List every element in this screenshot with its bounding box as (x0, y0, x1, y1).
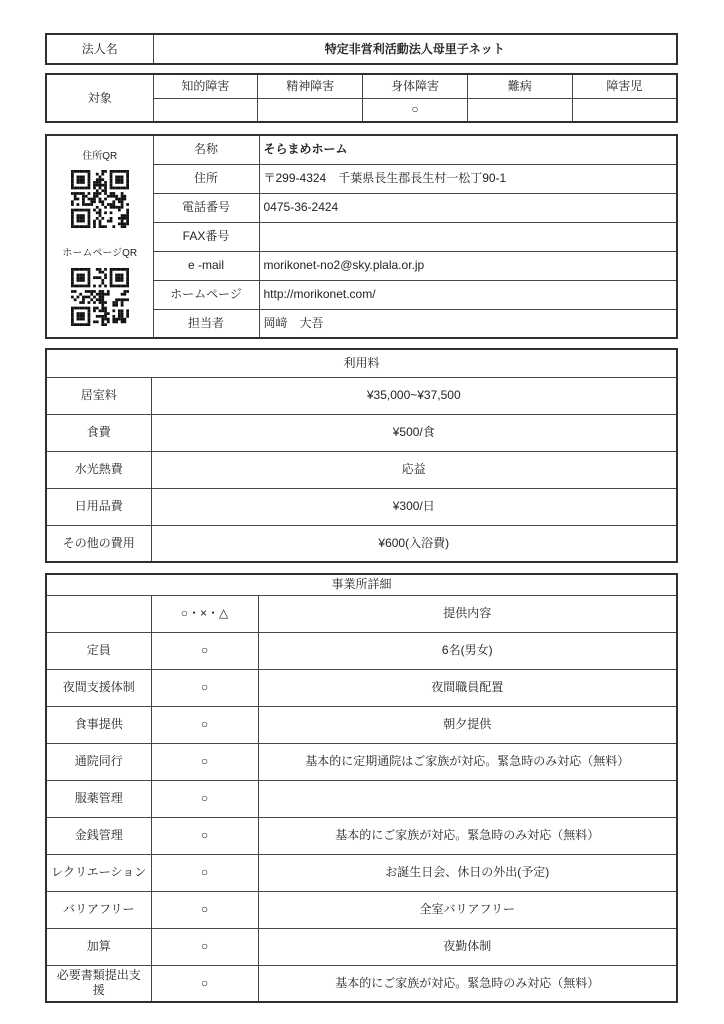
detail-row: 服薬管理○ (46, 780, 677, 817)
target-mark: ○ (363, 98, 468, 122)
target-table: 対象 知的障害精神障害身体障害難病障害児 ○ (45, 73, 678, 123)
fees-title-row: 利用料 (46, 349, 677, 377)
details-mark-header: ○・×・△ (151, 595, 258, 632)
fee-row: その他の費用¥600(入浴費) (46, 525, 677, 562)
target-col-header: 身体障害 (363, 74, 468, 98)
detail-row: 定員○6名(男女) (46, 632, 677, 669)
detail-label: レクリエーション (46, 854, 151, 891)
detail-content: 基本的にご家族が対応。緊急時のみ対応（無料） (258, 817, 677, 854)
detail-label: 通院同行 (46, 743, 151, 780)
target-col-header: 障害児 (572, 74, 677, 98)
details-title-row: 事業所詳細 (46, 574, 677, 595)
contact-value: 0475-36-2424 (259, 193, 677, 222)
detail-content: 全室バリアフリー (258, 891, 677, 928)
target-label: 対象 (46, 74, 153, 122)
detail-label: バリアフリー (46, 891, 151, 928)
contact-label: FAX番号 (153, 222, 259, 251)
fee-label: 食費 (46, 414, 151, 451)
fee-row: 食費¥500/食 (46, 414, 677, 451)
qr-cell: 住所QR ホームページQR (46, 135, 153, 338)
details-content-header: 提供内容 (258, 595, 677, 632)
detail-content: 夜勤体制 (258, 928, 677, 965)
homepage-qr-code-icon (71, 268, 129, 326)
detail-label: 食事提供 (46, 706, 151, 743)
target-mark (572, 98, 677, 122)
fee-row: 水光熱費応益 (46, 451, 677, 488)
target-mark (258, 98, 363, 122)
target-mark (467, 98, 572, 122)
fee-value: ¥35,000~¥37,500 (151, 377, 677, 414)
detail-content: 夜間職員配置 (258, 669, 677, 706)
fee-row: 日用品費¥300/日 (46, 488, 677, 525)
detail-label: 服薬管理 (46, 780, 151, 817)
contact-label: 担当者 (153, 309, 259, 338)
target-col-header: 難病 (467, 74, 572, 98)
address-qr-label: 住所QR (51, 151, 149, 164)
contact-value: 岡﨑 大吾 (259, 309, 677, 338)
detail-content: 6名(男女) (258, 632, 677, 669)
contact-value: morikonet-no2@sky.plala.or.jp (259, 251, 677, 280)
corporate-label: 法人名 (46, 34, 153, 64)
corporate-row: 法人名 特定非営利活動法人母里子ネット (46, 34, 677, 64)
facility-table: 住所QR ホームページQR 名称そらまめホーム 住所〒299-4324 千葉県長… (45, 134, 678, 339)
detail-content: お誕生日会、休日の外出(予定) (258, 854, 677, 891)
detail-content (258, 780, 677, 817)
details-table: 事業所詳細 ○・×・△ 提供内容 定員○6名(男女)夜間支援体制○夜間職員配置食… (45, 573, 678, 1003)
fees-title: 利用料 (46, 349, 677, 377)
detail-content: 基本的に定期通院はご家族が対応。緊急時のみ対応（無料） (258, 743, 677, 780)
detail-label: 加算 (46, 928, 151, 965)
detail-row: レクリエーション○お誕生日会、休日の外出(予定) (46, 854, 677, 891)
contact-value: http://morikonet.com/ (259, 280, 677, 309)
fee-value: ¥300/日 (151, 488, 677, 525)
target-body: 対象 知的障害精神障害身体障害難病障害児 ○ (46, 74, 677, 122)
fee-value: 応益 (151, 451, 677, 488)
detail-label: 必要書類提出支援 (46, 965, 151, 1002)
contact-label: 電話番号 (153, 193, 259, 222)
contact-value (259, 222, 677, 251)
target-header-row: 対象 知的障害精神障害身体障害難病障害児 (46, 74, 677, 98)
target-mark (153, 98, 258, 122)
details-header-empty (46, 595, 151, 632)
fee-value: ¥500/食 (151, 414, 677, 451)
fees-body: 利用料 居室料¥35,000~¥37,500食費¥500/食水光熱費応益日用品費… (46, 349, 677, 562)
document-page: 法人名 特定非営利活動法人母里子ネット 対象 知的障害精神障害身体障害難病障害児… (0, 0, 724, 1024)
details-body: 事業所詳細 ○・×・△ 提供内容 定員○6名(男女)夜間支援体制○夜間職員配置食… (46, 574, 677, 1002)
fee-label: 居室料 (46, 377, 151, 414)
detail-mark: ○ (151, 743, 258, 780)
detail-mark: ○ (151, 854, 258, 891)
detail-row: 通院同行○基本的に定期通院はご家族が対応。緊急時のみ対応（無料） (46, 743, 677, 780)
detail-content: 基本的にご家族が対応。緊急時のみ対応（無料） (258, 965, 677, 1002)
target-col-header: 精神障害 (258, 74, 363, 98)
contact-value: そらまめホーム (259, 135, 677, 164)
detail-mark: ○ (151, 965, 258, 1002)
contact-label: 名称 (153, 135, 259, 164)
detail-mark: ○ (151, 780, 258, 817)
detail-label: 夜間支援体制 (46, 669, 151, 706)
fee-label: 水光熱費 (46, 451, 151, 488)
detail-content: 朝夕提供 (258, 706, 677, 743)
detail-row: 食事提供○朝夕提供 (46, 706, 677, 743)
contact-label: 住所 (153, 164, 259, 193)
detail-row: 夜間支援体制○夜間職員配置 (46, 669, 677, 706)
detail-row: 金銭管理○基本的にご家族が対応。緊急時のみ対応（無料） (46, 817, 677, 854)
fee-label: 日用品費 (46, 488, 151, 525)
detail-mark: ○ (151, 706, 258, 743)
corporate-table: 法人名 特定非営利活動法人母里子ネット (45, 33, 678, 65)
address-qr-code-icon (71, 170, 129, 228)
fee-label: その他の費用 (46, 525, 151, 562)
detail-mark: ○ (151, 817, 258, 854)
detail-label: 金銭管理 (46, 817, 151, 854)
detail-row: バリアフリー○全室バリアフリー (46, 891, 677, 928)
fee-value: ¥600(入浴費) (151, 525, 677, 562)
fee-row: 居室料¥35,000~¥37,500 (46, 377, 677, 414)
details-header-row: ○・×・△ 提供内容 (46, 595, 677, 632)
detail-mark: ○ (151, 632, 258, 669)
target-col-header: 知的障害 (153, 74, 258, 98)
detail-label: 定員 (46, 632, 151, 669)
detail-row: 必要書類提出支援○基本的にご家族が対応。緊急時のみ対応（無料） (46, 965, 677, 1002)
detail-row: 加算○夜勤体制 (46, 928, 677, 965)
contact-body: 住所QR ホームページQR 名称そらまめホーム 住所〒299-4324 千葉県長… (46, 135, 677, 338)
homepage-qr-label: ホームページQR (51, 248, 149, 261)
fees-table: 利用料 居室料¥35,000~¥37,500食費¥500/食水光熱費応益日用品費… (45, 348, 678, 563)
contact-row: 住所QR ホームページQR 名称そらまめホーム (46, 135, 677, 164)
detail-mark: ○ (151, 928, 258, 965)
contact-label: e -mail (153, 251, 259, 280)
detail-mark: ○ (151, 891, 258, 928)
detail-mark: ○ (151, 669, 258, 706)
corporate-name: 特定非営利活動法人母里子ネット (153, 34, 677, 64)
contact-label: ホームページ (153, 280, 259, 309)
contact-value: 〒299-4324 千葉県長生郡長生村一松丁90-1 (259, 164, 677, 193)
details-title: 事業所詳細 (46, 574, 677, 595)
